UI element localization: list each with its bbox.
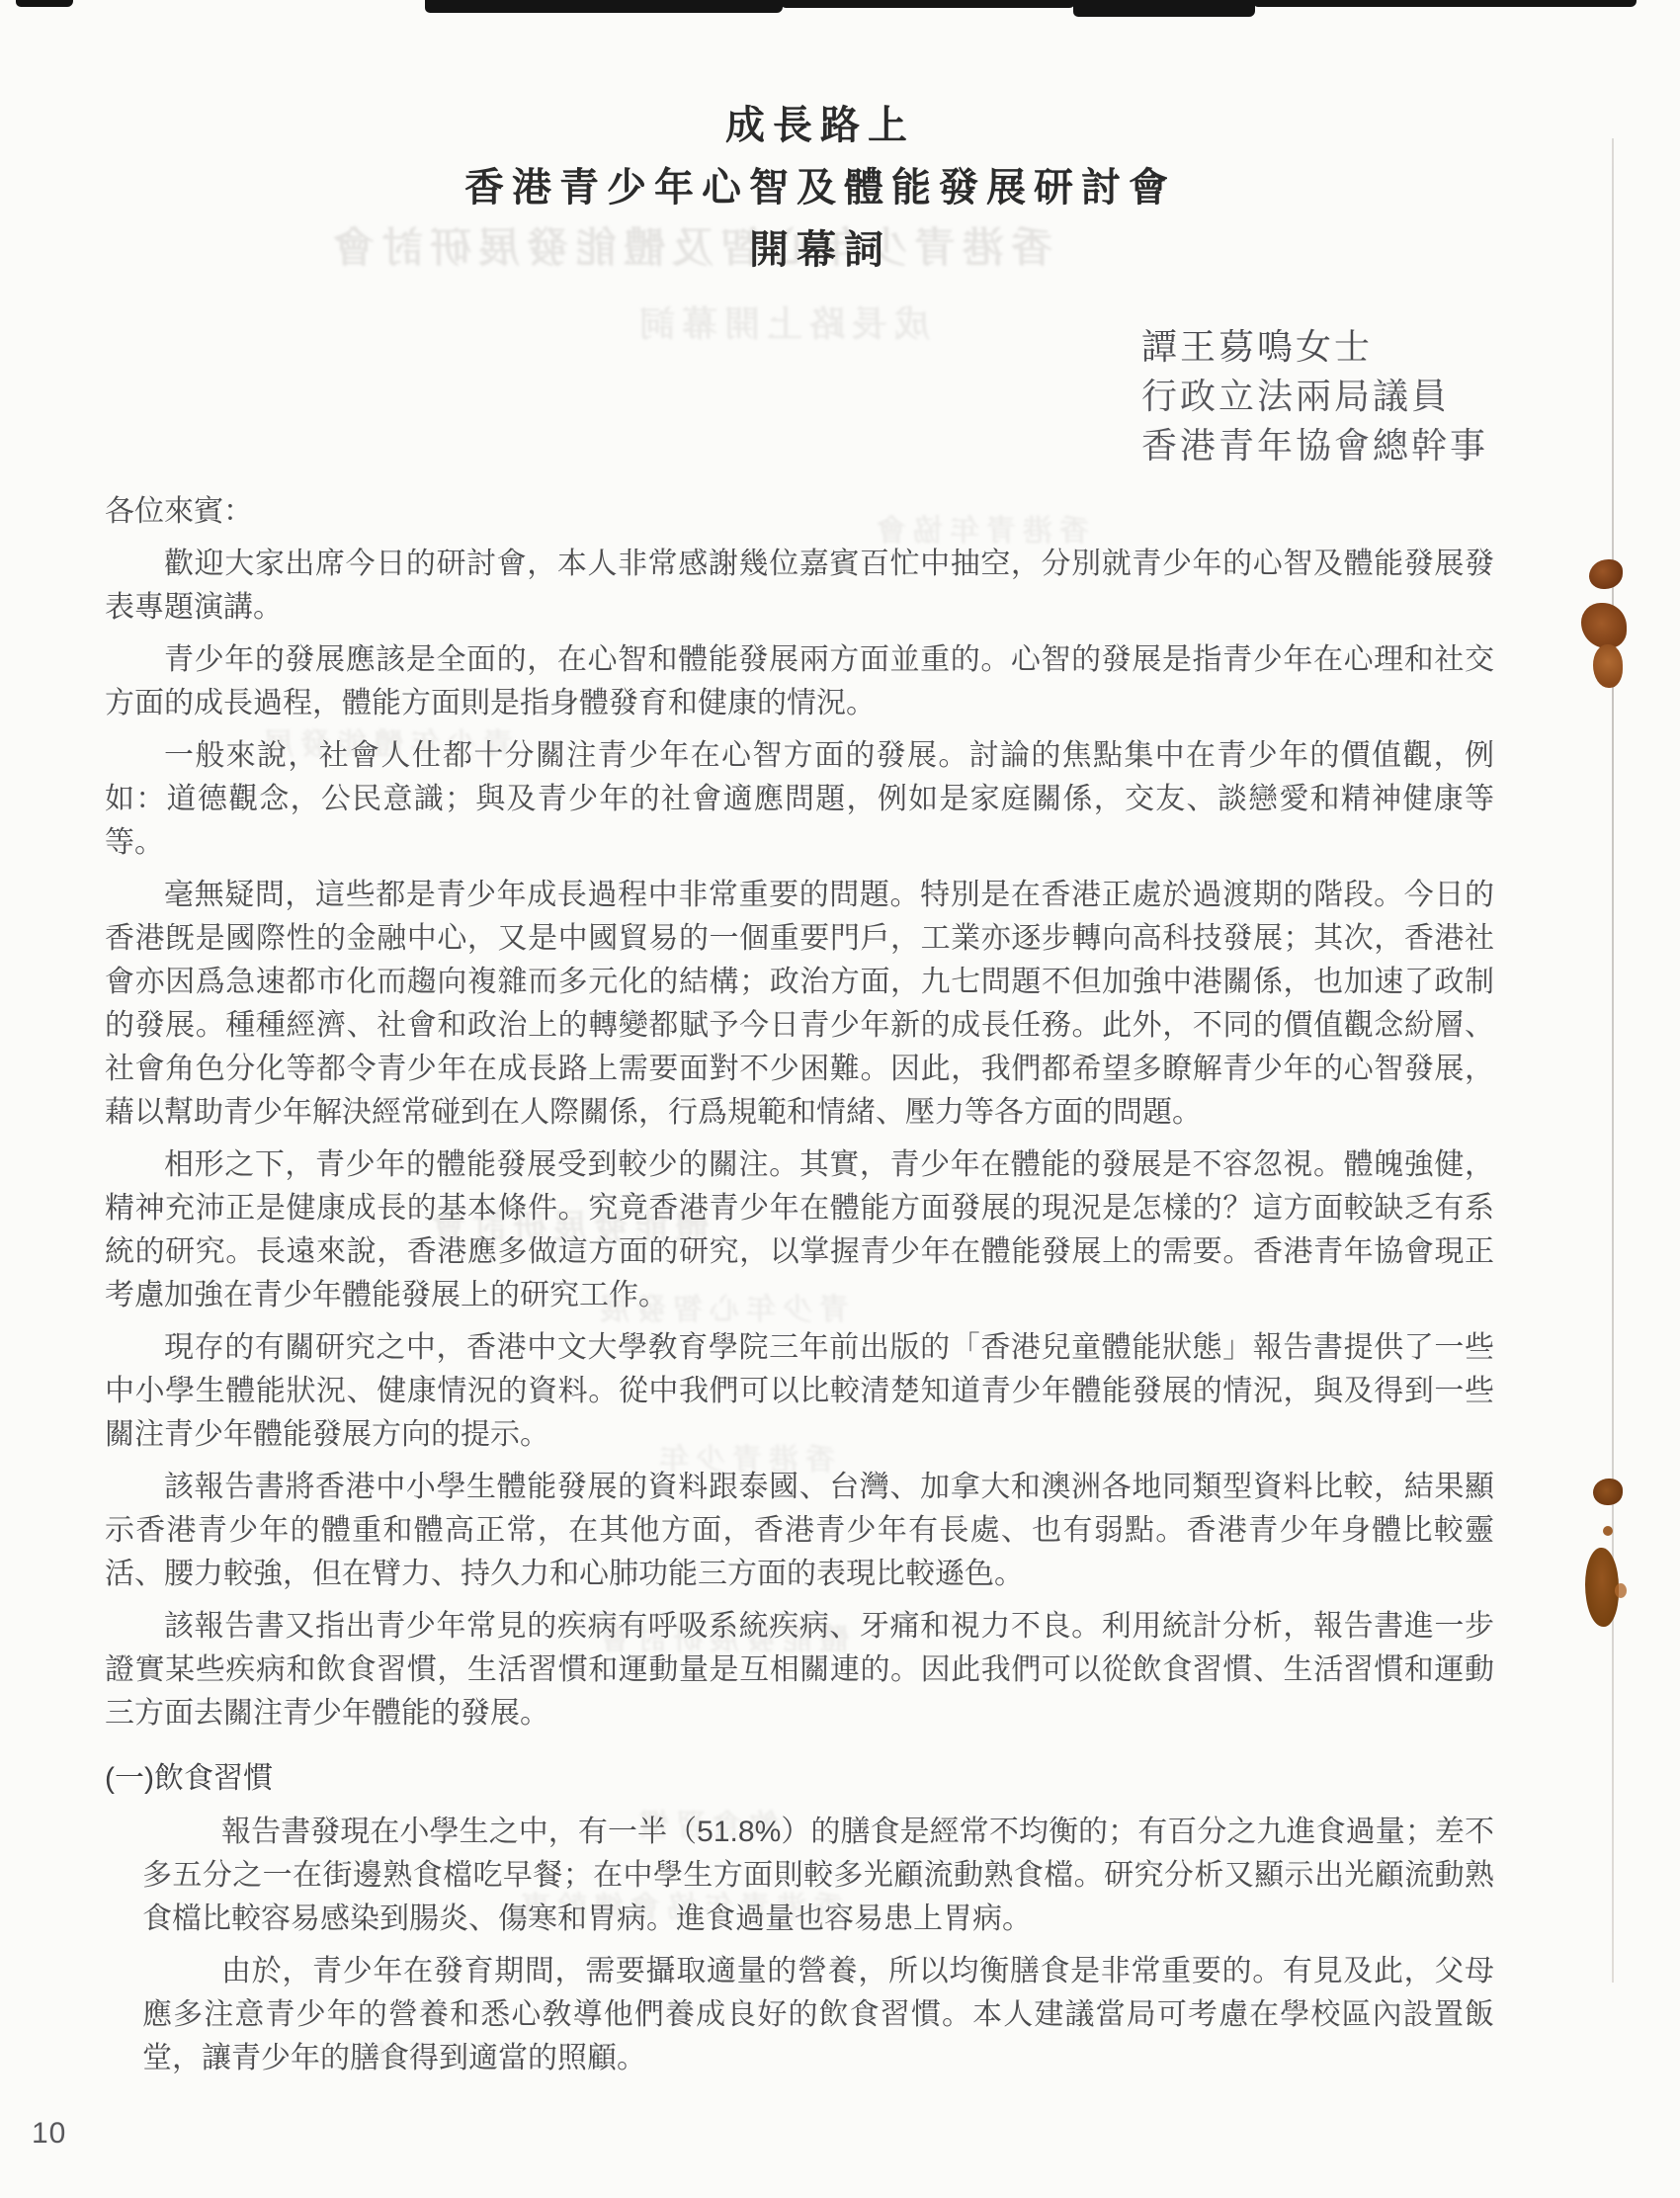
author-block: 譚王䓪鳴女士 行政立法兩局議員 香港青年協會總幹事: [1141, 322, 1488, 470]
rust-stain: [1615, 1583, 1627, 1598]
speech-body: 各位來賓： 歡迎大家出席今日的研討會，本人非常感謝幾位嘉賓百忙中抽空，分別就青少…: [105, 490, 1494, 2089]
title-line-2: 香港青少年心智及體能發展研討會: [0, 157, 1640, 219]
rust-stain: [1589, 559, 1623, 589]
rust-stain: [1603, 1526, 1613, 1536]
scanned-document-page: 香港青少年心智及體能發展研討會 成長路上開幕詞 香港青年協會 青少年體能發展 體…: [0, 0, 1680, 2198]
paragraph: 一般來說，社會人仕都十分關注青少年在心智方面的發展。討論的焦點集中在青少年的價值…: [105, 734, 1494, 865]
author-title-1: 行政立法兩局議員: [1141, 372, 1488, 421]
salutation: 各位來賓：: [105, 490, 1494, 534]
paragraph: 現存的有關研究之中，香港中文大學敎育學院三年前出版的「香港兒童體能狀態」報告書提…: [105, 1326, 1494, 1457]
section-diet-paragraphs: 報告書發現在小學生之中，有一半（51.8%）的膳食是經常不均衡的；有百分之九進食…: [142, 1811, 1494, 2080]
paragraph: 由於，青少年在發育期間，需要攝取適量的營養，所以均衡膳食是非常重要的。有見及此，…: [142, 1950, 1494, 2080]
rust-stain: [1593, 644, 1623, 688]
author-name: 譚王䓪鳴女士: [1141, 322, 1488, 372]
rust-stain: [1581, 603, 1627, 648]
page-fold-line: [1612, 138, 1614, 1983]
title-line-1: 成長路上: [0, 95, 1640, 157]
paragraph: 毫無疑問，這些都是青少年成長過程中非常重要的問題。特別是在香港正處於過渡期的階段…: [105, 874, 1494, 1135]
paragraph: 相形之下，青少年的體能發展受到較少的關注。其實，青少年在體能的發展是不容忽視。體…: [105, 1143, 1494, 1317]
paragraph: 該報告書將香港中小學生體能發展的資料跟泰國、台灣、加拿大和澳洲各地同類型資料比較…: [105, 1466, 1494, 1596]
scan-edge-artifact: [1253, 0, 1637, 7]
scan-edge-artifact: [425, 0, 783, 13]
paragraph: 歡迎大家出席今日的研討會，本人非常感謝幾位嘉賓百忙中抽空，分別就青少年的心智及體…: [105, 543, 1494, 630]
rust-stain: [1593, 1479, 1623, 1505]
paragraph: 青少年的發展應該是全面的，在心智和體能發展兩方面並重的。心智的發展是指青少年在心…: [105, 638, 1494, 725]
title-line-3: 開幕詞: [0, 219, 1640, 282]
document-title: 成長路上 香港青少年心智及體能發展研討會 開幕詞: [0, 95, 1640, 282]
author-title-2: 香港青年協會總幹事: [1141, 421, 1488, 470]
bleedthrough-text: 成長路上開幕詞: [632, 296, 930, 347]
page-number: 10: [32, 2117, 66, 2151]
scan-edge-artifact: [781, 0, 1075, 8]
paragraph: 報告書發現在小學生之中，有一半（51.8%）的膳食是經常不均衡的；有百分之九進食…: [142, 1811, 1494, 1941]
paragraph: 該報告書又指出青少年常見的疾病有呼吸系統疾病、牙痛和視力不良。利用統計分析，報告…: [105, 1605, 1494, 1735]
section-heading-diet: (一)飲食習慣: [105, 1757, 1494, 1801]
scan-edge-artifact: [16, 0, 73, 7]
scan-edge-artifact: [1073, 0, 1255, 17]
rust-stain: [1585, 1548, 1619, 1627]
